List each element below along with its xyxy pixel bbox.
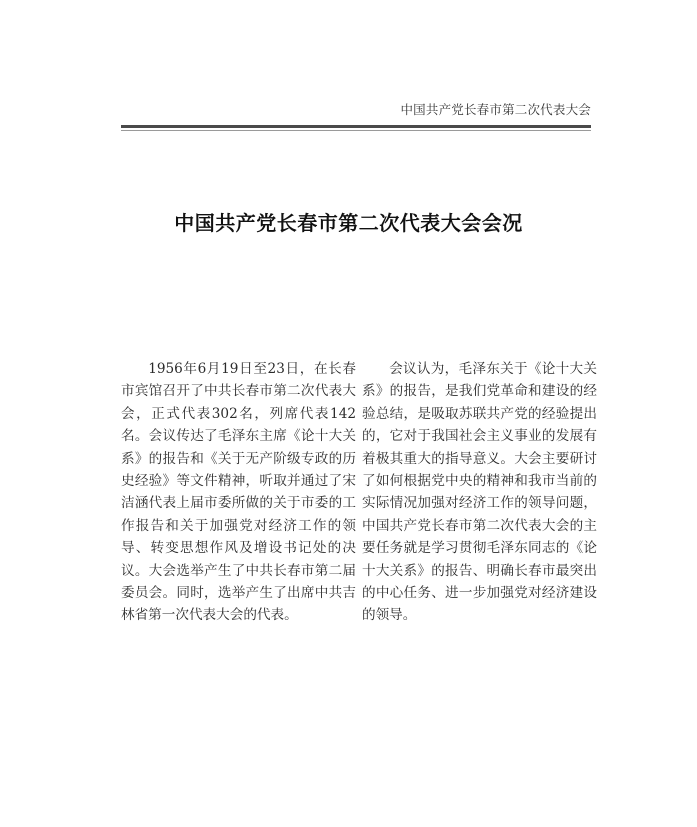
paragraph-1: 1956年6月19日至23日，在长春市宾馆召开了中共长春市第二次代表大会，正式代… <box>121 358 356 627</box>
header-rule-thick <box>121 125 591 128</box>
column-right: 会议认为，毛泽东关于《论十大关系》的报告，是我们党革命和建设的经验总结，是吸取苏… <box>362 358 597 627</box>
running-header: 中国共产党长春市第二次代表大会 <box>380 100 591 118</box>
article-title: 中国共产党长春市第二次代表大会会况 <box>0 207 697 236</box>
paragraph-2: 会议认为，毛泽东关于《论十大关系》的报告，是我们党革命和建设的经验总结，是吸取苏… <box>362 358 597 627</box>
column-left: 1956年6月19日至23日，在长春市宾馆召开了中共长春市第二次代表大会，正式代… <box>121 358 356 627</box>
header-rule-thin <box>121 130 591 131</box>
